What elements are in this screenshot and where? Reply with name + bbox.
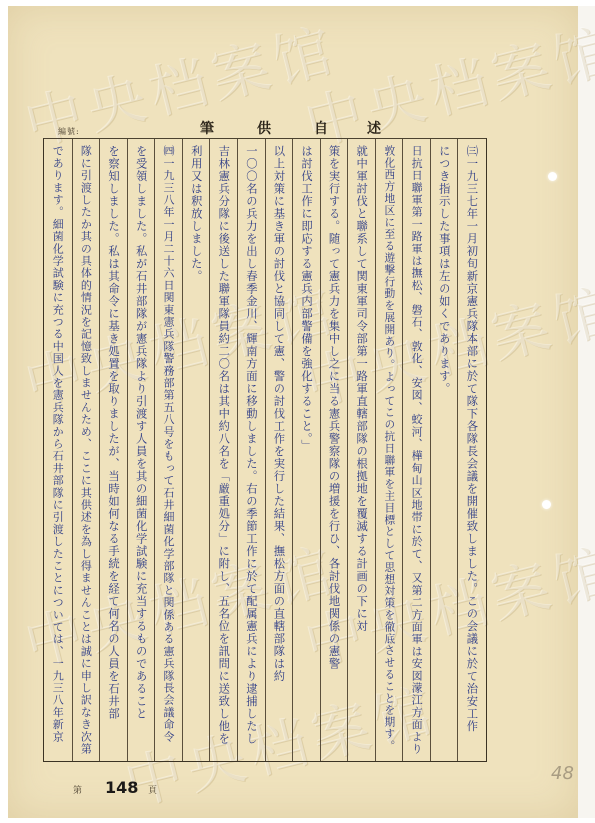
text-column: 一〇〇名の兵力を出し春季金川、輝南方面に移動しました。右の季節工作に於て配属憲兵… [237,139,265,761]
punch-hole-bottom [542,500,551,509]
text-column: を察知しました。私は其命令に基き処置を取りましたが、当時如何なる手続を経て何名の… [99,139,127,761]
handwritten-line: につき指示した事項は左の如くであります。 [439,145,450,395]
pencil-annotation: 48 [551,763,574,784]
handwritten-line: ㈣一九三八年一月二十六日関東憲兵隊警務部第五八号をもって石井細菌化学部隊と関係あ… [163,145,174,743]
handwritten-line: は討伐工作に即応する憲兵内部警備を強化すること。」 [301,145,312,452]
text-column: であります。細菌化学試験に充つる中国人を憲兵隊から石井部隊に引渡したことについて… [44,139,72,761]
handwritten-line: 隊に引渡したか其の具体的情況を記憶致しませんため、ここに其供述を為し得ませんこと… [80,145,91,755]
text-column: 隊に引渡したか其の具体的情況を記憶致しませんため、ここに其供述を為し得ませんこと… [72,139,100,761]
handwritten-line: 利用又は釈放しました。 [190,145,201,283]
handwritten-line: 以上対策に基き軍の討伐と協同して憲、警の討伐工作を実行した結果、撫松方面の直轄部… [273,145,284,683]
text-column: 吉林憲兵分隊に後送した聯軍隊員約二〇名は其中約八名を「厳重処分」に附し、五名位を… [209,139,237,761]
text-column: 以上対策に基き軍の討伐と協同して憲、警の討伐工作を実行した結果、撫松方面の直轄部… [265,139,293,761]
handwritten-line: であります。細菌化学試験に充つる中国人を憲兵隊から石井部隊に引渡したことについて… [52,145,63,743]
text-column: 策を実行する。随って憲兵力を集中し之に当る憲兵警察隊の増援を行ひ、各討伐地関係の… [320,139,348,761]
text-column: 就中軍討伐と聯系して関東軍司令部第一路軍直轄部隊の根拠地を覆滅する計画の下に対 [347,139,375,761]
punch-hole-top [548,172,557,181]
handwritten-line: 敦化西方地区に至る遊撃行動を展開あり。よってこの抗日聯軍を主目標として思想対策を… [384,145,395,752]
page-label-prefix: 第 [73,783,82,796]
handwritten-line: 策を実行する。随って憲兵力を集中し之に当る憲兵警察隊の増援を行ひ、各討伐地関係の… [328,145,339,670]
handwritten-line: を察知しました。私は其命令に基き処置を取りましたが、当時如何なる手続を経て何名の… [108,145,119,720]
ruled-writing-frame: ㈢一九三七年一月初旬新京憲兵隊本部に於て隊下各隊長会議を開催致しました。この会議… [43,138,487,762]
title-char-3: 自 [314,118,328,138]
title-char-1: 筆 [200,118,214,138]
page-label-suffix: 頁 [148,783,157,796]
handwritten-line: を受領しました。私が石井部隊が憲兵隊より引渡す人員を其の細菌化学試験に充当するも… [135,145,146,720]
text-column: は討伐工作に即応する憲兵内部警備を強化すること。」 [292,139,320,761]
text-column: 日抗日聯軍第一路軍は撫松、磐石、敦化、安図、蛟河、樺甸山区地帯に於て、又第二方面… [402,139,430,761]
title-char-4: 述 [367,118,381,138]
handwritten-line: 日抗日聯軍第一路軍は撫松、磐石、敦化、安図、蛟河、樺甸山区地帯に於て、又第二方面… [411,145,422,755]
serial-number-label: 編號: [58,126,80,137]
page-number: 148 [105,778,138,797]
scan-margin [578,6,595,818]
handwritten-line: 吉林憲兵分隊に後送した聯軍隊員約二〇名は其中約八名を「厳重処分」に附し、五名位を… [218,145,229,745]
text-column: につき指示した事項は左の如くであります。 [430,139,458,761]
title-char-2: 供 [257,118,271,138]
text-column: 敦化西方地区に至る遊撃行動を展開あり。よってこの抗日聯軍を主目標として思想対策を… [375,139,403,761]
handwritten-line: 就中軍討伐と聯系して関東軍司令部第一路軍直轄部隊の根拠地を覆滅する計画の下に対 [356,145,367,633]
text-column: を受領しました。私が石井部隊が憲兵隊より引渡す人員を其の細菌化学試験に充当するも… [127,139,155,761]
handwritten-line: 一〇〇名の兵力を出し春季金川、輝南方面に移動しました。右の季節工作に於て配属憲兵… [246,145,257,745]
text-column: ㈣一九三八年一月二十六日関東憲兵隊警務部第五八号をもって石井細菌化学部隊と関係あ… [154,139,182,761]
text-column: 利用又は釈放しました。 [182,139,210,761]
handwritten-line: ㈢一九三七年一月初旬新京憲兵隊本部に於て隊下各隊長会議を開催致しました。この会議… [466,145,477,733]
text-column: ㈢一九三七年一月初旬新京憲兵隊本部に於て隊下各隊長会議を開催致しました。この会議… [457,139,485,761]
